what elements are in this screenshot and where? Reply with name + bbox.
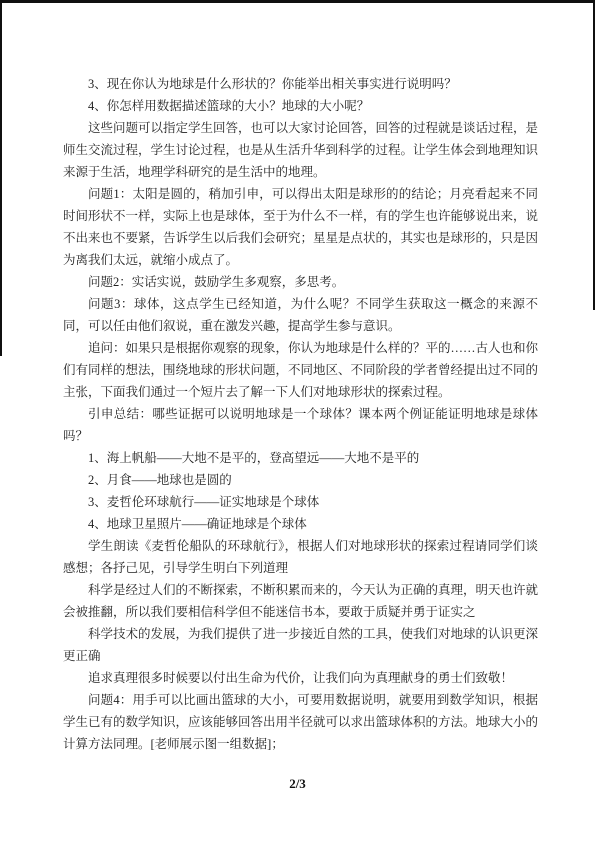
paragraph: 3、麦哲伦环球航行——证实地球是个球体 xyxy=(63,491,538,513)
paragraph: 1、海上帆船——大地不是平的，登高望远——大地不是平的 xyxy=(63,447,538,469)
paragraph: 这些问题可以指定学生回答，也可以大家讨论回答，回答的过程就是谈话过程，是师生交流… xyxy=(63,117,538,183)
page-footer: 2/3 xyxy=(0,775,595,793)
paragraph: 引申总结：哪些证据可以说明地球是一个球体？课本两个例证能证明地球是球体吗？ xyxy=(63,403,538,447)
paragraph: 2、月食——地球也是圆的 xyxy=(63,469,538,491)
paragraph: 追问：如果只是根据你观察的现象，你认为地球是什么样的？平的……古人也和你们有同样… xyxy=(63,337,538,403)
paragraph: 科学技术的发展，为我们提供了进一步接近自然的工具，使我们对地球的认识更深更正确 xyxy=(63,623,538,667)
paragraph: 问题1：太阳是圆的，稍加引申，可以得出太阳是球形的的结论；月亮看起来不同时间形状… xyxy=(63,183,538,271)
paragraph: 追求真理很多时候要以付出生命为代价，让我们向为真理献身的勇士们致敬！ xyxy=(63,667,538,689)
paragraph: 问题3：球体，这点学生已经知道，为什么呢？不同学生获取这一概念的来源不同，可以任… xyxy=(63,293,538,337)
paragraph: 4、地球卫星照片——确证地球是个球体 xyxy=(63,513,538,535)
document-page: 3、现在你认为地球是什么形状的？你能举出相关事实进行说明吗？ 4、你怎样用数据描… xyxy=(0,0,595,841)
scan-border-top xyxy=(0,0,595,3)
paragraph: 3、现在你认为地球是什么形状的？你能举出相关事实进行说明吗？ xyxy=(63,73,538,95)
scan-border-left xyxy=(0,0,2,356)
paragraph: 问题4：用手可以比画出篮球的大小，可要用数据说明，就要用到数学知识，根据学生已有… xyxy=(63,689,538,755)
paragraph: 科学是经过人们的不断探索，不断积累而来的，今天认为正确的真理，明天也许就会被推翻… xyxy=(63,579,538,623)
page-number: 2/3 xyxy=(289,776,306,791)
paragraph: 4、你怎样用数据描述篮球的大小？地球的大小呢？ xyxy=(63,95,538,117)
paragraph: 学生朗读《麦哲伦船队的环球航行》，根据人们对地球形状的探索过程请同学们谈感想；各… xyxy=(63,535,538,579)
paragraph: 问题2：实话实说，鼓励学生多观察，多思考。 xyxy=(63,271,538,293)
document-body-text: 3、现在你认为地球是什么形状的？你能举出相关事实进行说明吗？ 4、你怎样用数据描… xyxy=(63,73,538,755)
